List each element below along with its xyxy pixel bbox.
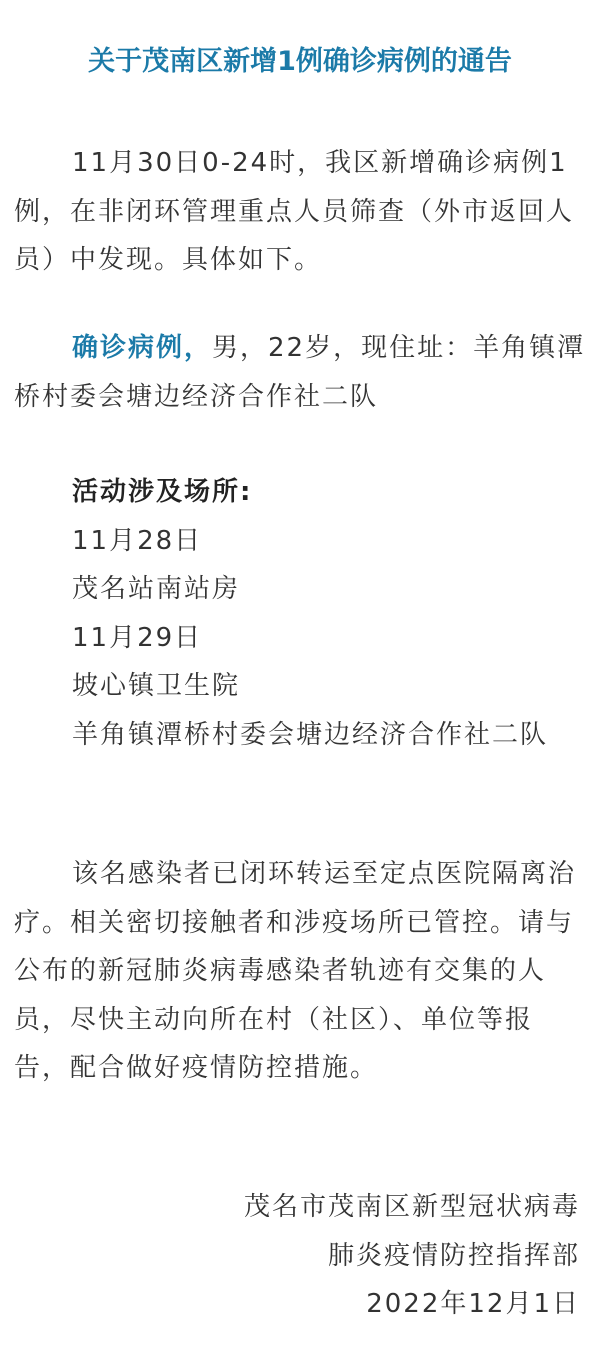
closing-text: 该名感染者已闭环转运至定点医院隔离治疗。相关密切接触者和涉疫场所已管控。请与公布… [14, 859, 576, 1083]
activity-locations: 活动涉及场所: 11月28日 茂名站南站房 11月29日 坡心镇卫生院 羊角镇潭… [14, 468, 586, 759]
signature-date: 2022年12月1日 [244, 1280, 580, 1329]
activity-place: 羊角镇潭桥村委会塘边经济合作社二队 [14, 711, 586, 760]
intro-paragraph: 11月30日0-24时，我区新增确诊病例1例，在非闭环管理重点人员筛查（外市返回… [14, 139, 586, 285]
signature-org-line2: 肺炎疫情防控指挥部 [244, 1232, 580, 1281]
activity-heading: 活动涉及场所: [14, 468, 586, 517]
case-label: 确诊病例， [72, 333, 212, 363]
intro-text: 11月30日0-24时，我区新增确诊病例1例，在非闭环管理重点人员筛查（外市返回… [14, 148, 574, 275]
closing-paragraph: 该名感染者已闭环转运至定点医院隔离治疗。相关密切接触者和涉疫场所已管控。请与公布… [14, 850, 586, 1093]
activity-place: 茂名站南站房 [14, 565, 586, 614]
signature-block: 茂名市茂南区新型冠状病毒 肺炎疫情防控指挥部 2022年12月1日 [244, 1183, 580, 1329]
activity-place: 坡心镇卫生院 [14, 662, 586, 711]
activity-date: 11月29日 [14, 614, 586, 663]
activity-date: 11月28日 [14, 517, 586, 566]
case-paragraph: 确诊病例，男，22岁，现住址：羊角镇潭桥村委会塘边经济合作社二队 [14, 324, 586, 421]
signature-org-line1: 茂名市茂南区新型冠状病毒 [244, 1183, 580, 1232]
page-title: 关于茂南区新增1例确诊病例的通告 [0, 40, 600, 84]
